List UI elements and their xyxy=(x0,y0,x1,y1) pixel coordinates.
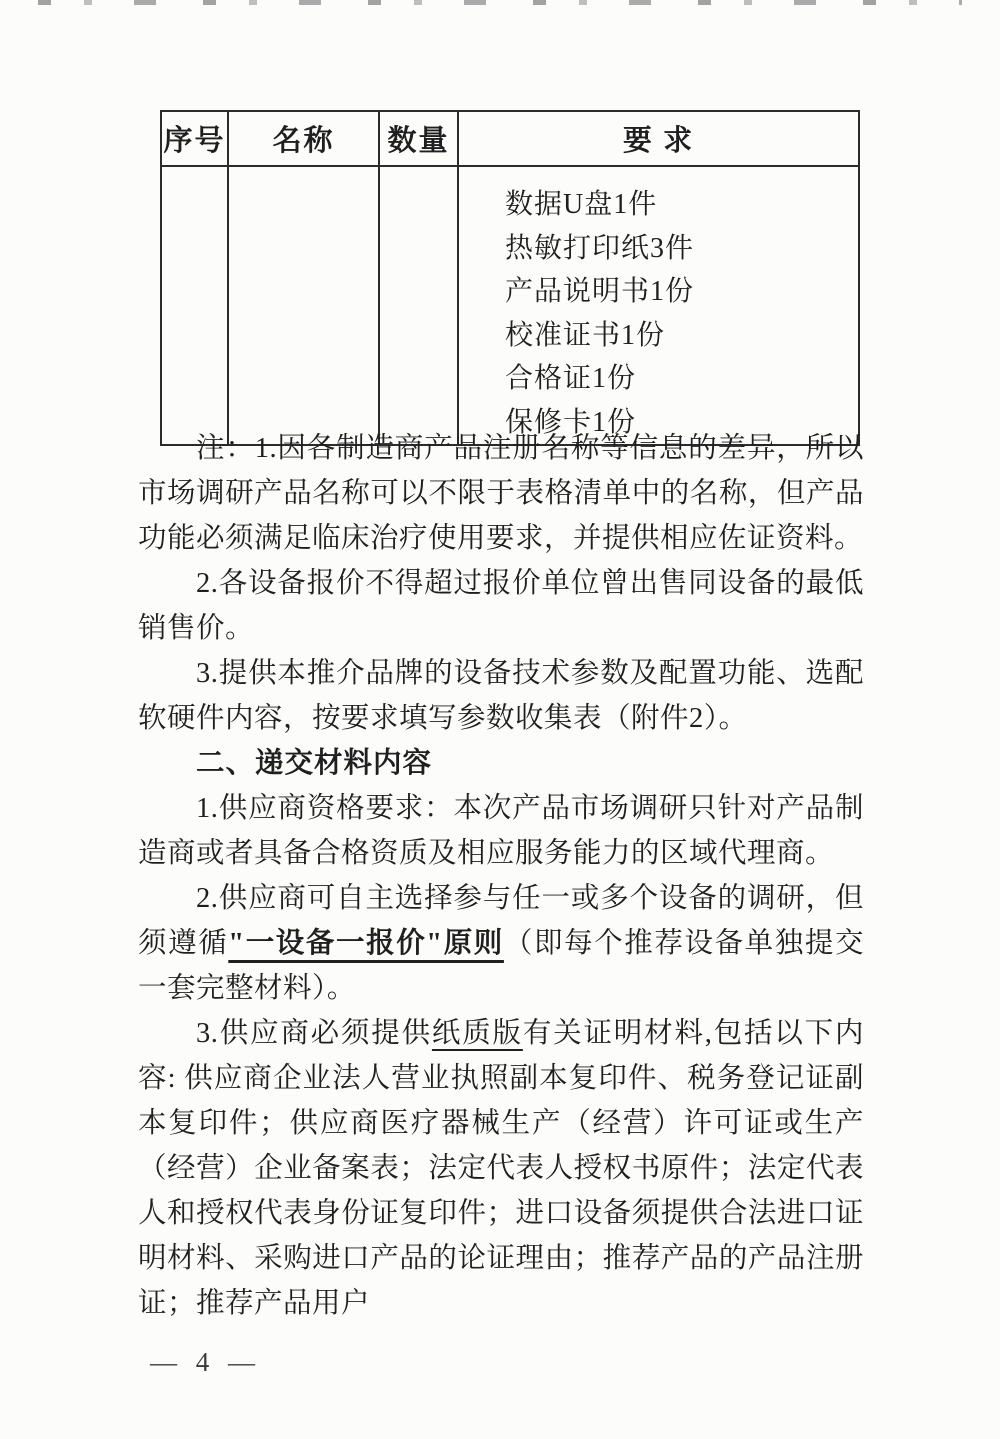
requirements-list: 数据U盘1件 热敏打印纸3件 产品说明书1份 校准证书1份 合格证1份 保修卡1… xyxy=(459,167,858,444)
column-header-requirements: 要 求 xyxy=(458,111,859,166)
cell-name xyxy=(228,166,379,445)
table-row: 数据U盘1件 热敏打印纸3件 产品说明书1份 校准证书1份 合格证1份 保修卡1… xyxy=(161,166,859,445)
cell-seq xyxy=(161,166,228,445)
column-header-qty: 数量 xyxy=(379,111,458,166)
note-3: 3.提供本推介品牌的设备技术参数及配置功能、选配软硬件内容，按要求填写参数收集表… xyxy=(138,651,864,741)
cell-qty xyxy=(379,166,458,445)
para-supplier-qualification: 1.供应商资格要求：本次产品市场调研只针对产品制造商或者具备合格资质及相应服务能… xyxy=(138,786,864,876)
document-page: 序号 名称 数量 要 求 数据U盘1件 热敏打印纸3件 产品说明书1份 校准证书… xyxy=(0,0,1000,1439)
cell-requirements: 数据U盘1件 热敏打印纸3件 产品说明书1份 校准证书1份 合格证1份 保修卡1… xyxy=(458,166,859,445)
requirement-item: 产品说明书1份 xyxy=(505,270,858,314)
scan-cutoff-text-artifact xyxy=(38,0,962,5)
para3-text-pre: 3.供应商必须提供 xyxy=(196,1018,432,1049)
note-2: 2.各设备报价不得超过报价单位曾出售同设备的最低销售价。 xyxy=(138,561,864,651)
column-header-seq: 序号 xyxy=(161,111,228,166)
para2-emphasis-underlined: "一设备一报价"原则 xyxy=(228,928,504,959)
requirement-item: 数据U盘1件 xyxy=(505,183,858,227)
requirement-item: 热敏打印纸3件 xyxy=(505,227,858,271)
para-one-device-one-quote: 2.供应商可自主选择参与任一或多个设备的调研，但须遵循"一设备一报价"原则（即每… xyxy=(138,876,864,1011)
para-paper-certificates: 3.供应商必须提供纸质版有关证明材料,包括以下内容: 供应商企业法人营业执照副本… xyxy=(138,1011,864,1326)
column-header-name: 名称 xyxy=(228,111,379,166)
note-1: 注：1.因各制造商产品注册名称等信息的差异，所以市场调研产品名称可以不限于表格清… xyxy=(138,426,864,561)
requirement-item: 校准证书1份 xyxy=(505,314,858,358)
equipment-accessories-table: 序号 名称 数量 要 求 数据U盘1件 热敏打印纸3件 产品说明书1份 校准证书… xyxy=(160,110,860,446)
requirement-item: 合格证1份 xyxy=(505,357,858,401)
section-heading-materials: 二、递交材料内容 xyxy=(138,741,864,786)
para3-paper-version-underlined: 纸质版 xyxy=(432,1018,523,1049)
document-body: 注：1.因各制造商产品注册名称等信息的差异，所以市场调研产品名称可以不限于表格清… xyxy=(138,426,864,1326)
para3-text-post: 有关证明材料,包括以下内容: 供应商企业法人营业执照副本复印件、税务登记证副本复… xyxy=(138,1018,864,1319)
table-header-row: 序号 名称 数量 要 求 xyxy=(161,111,859,166)
page-number: — 4 — xyxy=(150,1347,261,1378)
